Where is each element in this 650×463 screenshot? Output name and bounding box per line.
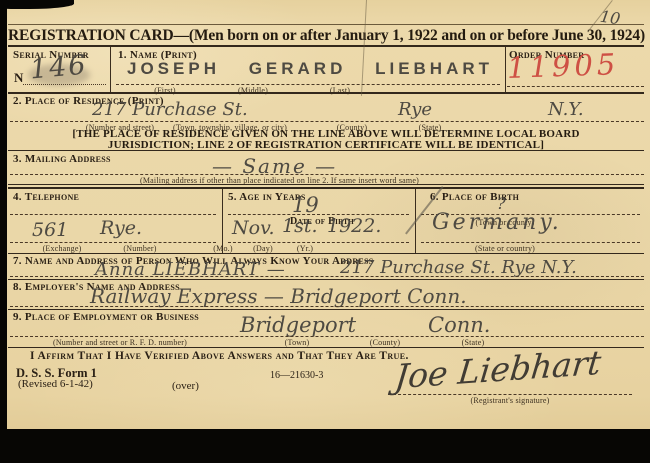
dob-write-line [228, 242, 409, 243]
employment-state-sublabel: (State) [438, 338, 508, 347]
birth-state-sublabel: (State or country) [435, 244, 575, 253]
affirmation-text: I Affirm That I Have Verified Above Answ… [30, 350, 409, 362]
row2-rule [8, 150, 644, 151]
scanned-registration-card-page: REGISTRATION CARD—(Men born on or after … [0, 0, 650, 463]
employment-town-value: Bridgeport [240, 313, 356, 337]
serial-number-value: 146 [29, 50, 89, 86]
telephone-number-value: Rye. [100, 217, 142, 239]
row6-rule [8, 253, 644, 254]
residence-street-value: 217 Purchase St. [92, 99, 248, 120]
mailing-address-label: 3. Mailing Address [13, 153, 111, 165]
telephone-exchange-value: 561 [32, 219, 68, 241]
birth-day-value: 1st. [282, 215, 318, 237]
order-write-line [507, 86, 644, 87]
contact-write-line [10, 276, 644, 277]
row8-rule [8, 309, 644, 310]
birth-country-value: Germany. [432, 210, 562, 235]
employer-write-line [10, 306, 644, 307]
employment-street-sublabel: (Number and street or R. F. D. number) [40, 338, 200, 347]
year-sublabel: (Yr.) [280, 244, 330, 253]
birth-month-value: Nov. [232, 217, 275, 239]
crease-mark-vertical [361, 0, 367, 96]
employer-value: Railway Express — Bridgeport Conn. [90, 284, 467, 308]
mailing-double-rule-a [8, 184, 644, 185]
employment-write-line [10, 336, 644, 337]
signature-sublabel: (Registrant's signature) [430, 396, 590, 405]
birth-year-value: 1922. [327, 215, 381, 237]
row1-rule [8, 92, 644, 94]
archive-page-number: 10 [599, 7, 622, 29]
employment-county-value: Conn. [428, 313, 490, 337]
employment-town-sublabel: (Town) [267, 338, 327, 347]
scan-edge-left [0, 0, 7, 463]
over-note: (over) [172, 380, 199, 392]
card-title: REGISTRATION CARD—(Men born on or after … [8, 27, 644, 45]
residence-write-line [10, 121, 644, 122]
birth-state-line [421, 242, 640, 243]
row7-rule [8, 279, 644, 280]
registrant-signature: Joe Liebhart [393, 343, 603, 397]
contact-person-address: 217 Purchase St. Rye N.Y. [340, 257, 577, 278]
registration-card: REGISTRATION CARD—(Men born on or after … [0, 0, 650, 430]
employment-place-label: 9. Place of Employment or Business [13, 311, 199, 323]
name-write-line [116, 84, 500, 85]
serial-name-divider [110, 47, 111, 93]
print-code: 16—21630-3 [270, 370, 323, 381]
serial-prefix: N [14, 70, 23, 86]
mailing-write-line [10, 174, 644, 175]
name-value: Joseph Gerard Liebhart [127, 59, 493, 79]
telephone-line2 [10, 242, 216, 243]
top-rule [8, 24, 644, 25]
telephone-line1 [10, 214, 216, 215]
order-number-value: 11905 [506, 47, 619, 85]
exchange-sublabel: (Exchange) [27, 244, 97, 253]
title-rule [8, 45, 644, 47]
residence-town-value: Rye [398, 99, 432, 120]
telephone-label: 4. Telephone [13, 191, 79, 203]
age-line [228, 214, 409, 215]
scan-edge-bottom [0, 429, 650, 463]
form-revision: (Revised 6-1-42) [18, 378, 93, 390]
number-sublabel: (Number) [105, 244, 175, 253]
mailing-double-rule-b [8, 187, 644, 189]
residence-state-value: N.Y. [548, 99, 584, 120]
employment-county-sublabel: (County) [350, 338, 420, 347]
